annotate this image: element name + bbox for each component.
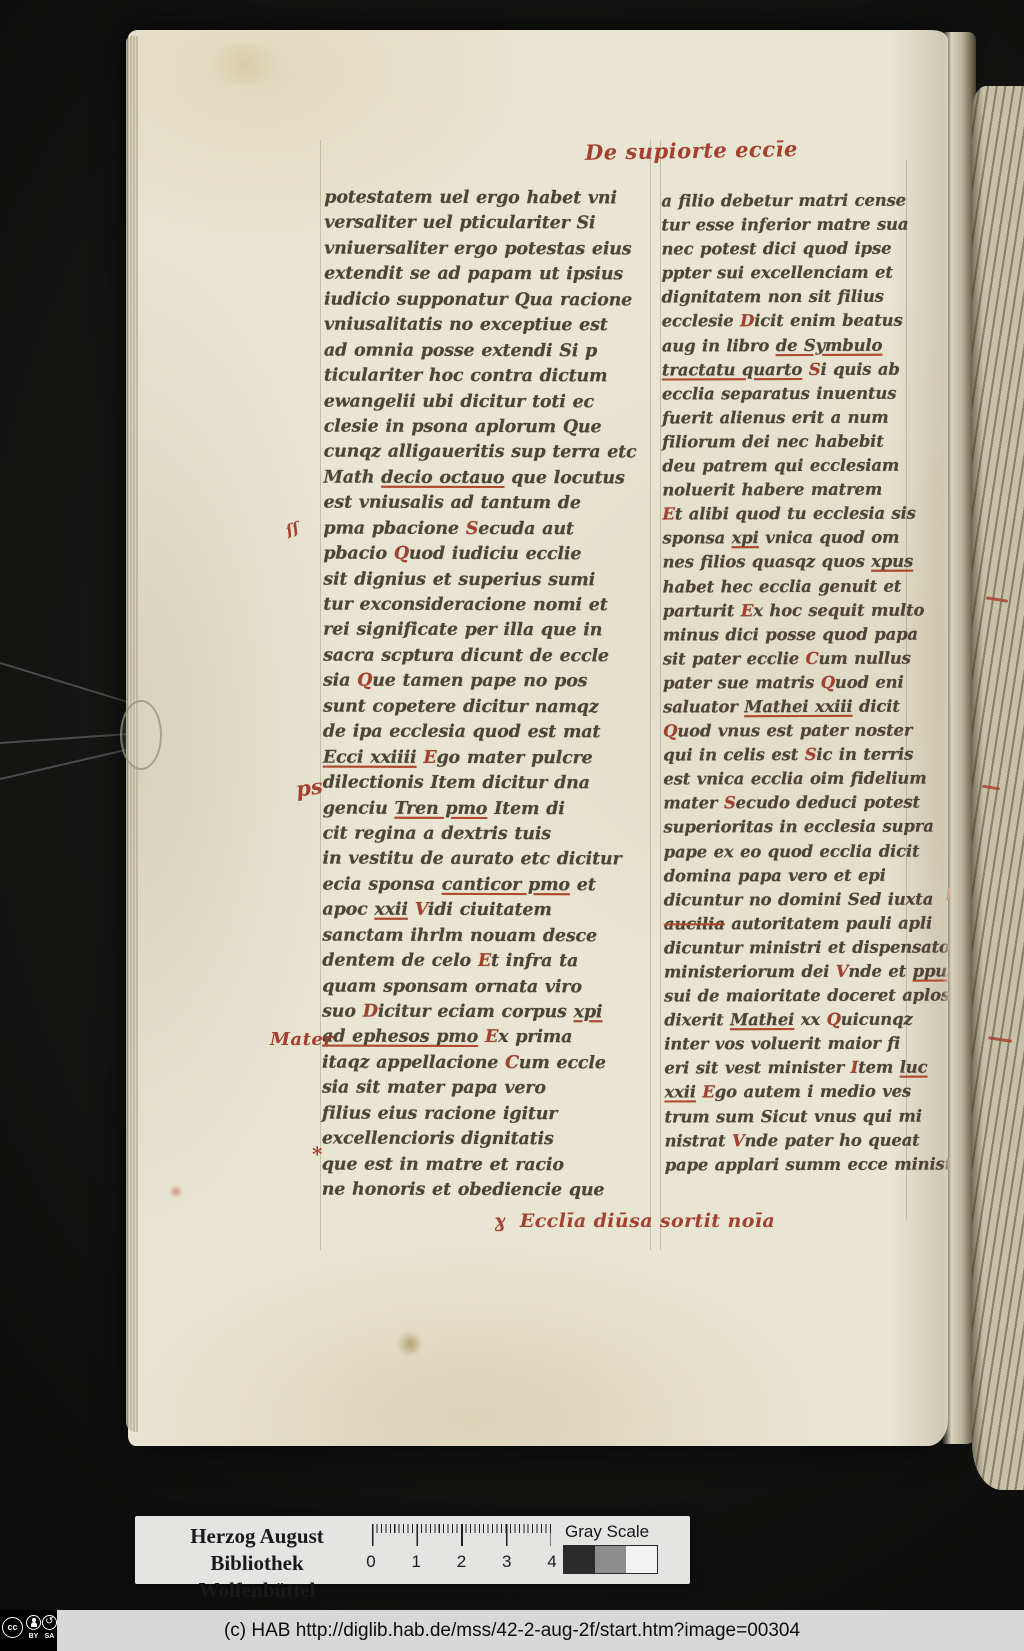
ruler-ticks (372, 1524, 551, 1546)
next-page-rubric-mark (986, 596, 1008, 602)
gray-scale-patches (563, 1545, 658, 1574)
bottom-rubric: ɣEcclīa diūsa sortit noīa (494, 1210, 775, 1232)
marginal-note-ps: ps (294, 773, 324, 801)
cc-by-person-icon (26, 1615, 41, 1630)
calibration-card: Herzog August Bibliothek Wolfenbüttel 0 … (135, 1516, 690, 1584)
photo-background: De supiorte eccīe potestatem uel ergo ha… (0, 0, 1024, 1610)
cradle-wire (0, 662, 142, 707)
rubric-text: Ecclīa diūsa sortit noīa (520, 1210, 775, 1232)
gray-scale-patch-dark (564, 1546, 595, 1573)
person-head (32, 1618, 36, 1622)
cc-sa-arrow-icon: ↺ (42, 1615, 57, 1630)
person-body (31, 1622, 38, 1627)
cc-sa-label: SA (42, 1633, 57, 1640)
stain (200, 44, 290, 84)
gray-scale-patch-mid (595, 1546, 626, 1573)
text-column-left: potestatem uel ergo habet vniversaliter … (322, 186, 655, 1204)
gray-scale-label: Gray Scale (565, 1522, 649, 1542)
text-column-right: a filio debetur matri censetur esse infe… (661, 189, 948, 1178)
page-fore-edge (942, 32, 976, 1444)
library-name-line2: Wolfenbüttel (147, 1577, 367, 1604)
license-panel: cc ↺ BY SA (0, 1610, 57, 1651)
library-name-line1: Herzog August Bibliothek (147, 1523, 367, 1577)
ruler-number: 0 (364, 1552, 378, 1572)
ruler-number: 2 (455, 1552, 469, 1572)
library-name: Herzog August Bibliothek Wolfenbüttel (147, 1523, 367, 1604)
next-page-rubric-mark (982, 785, 1000, 791)
footer-bar: (c) HAB http://diglib.hab.de/mss/42-2-au… (0, 1610, 1024, 1651)
ruler-numbers: 0 1 2 3 4 (364, 1552, 559, 1572)
gray-scale-patch-light (626, 1546, 657, 1573)
cc-by-label: BY (26, 1633, 41, 1640)
next-page-rubric-mark (988, 1036, 1012, 1043)
ruler-number: 1 (409, 1552, 423, 1572)
ruler-number: 3 (500, 1552, 514, 1572)
rubric-paragraph-mark: ɣ (494, 1210, 506, 1232)
next-page-edge (972, 86, 1024, 1490)
copyright-text: (c) HAB http://diglib.hab.de/mss/42-2-au… (0, 1610, 1024, 1651)
page-holder-clip (120, 700, 162, 770)
ruler-number: 4 (545, 1552, 559, 1572)
stain (396, 1332, 424, 1356)
column-ruling (320, 140, 321, 1250)
running-title: De supiorte eccīe (585, 136, 798, 165)
cc-icon: cc (2, 1617, 23, 1638)
marginal-note-star: * (312, 1142, 322, 1166)
marginal-note-mater: Mater (270, 1029, 333, 1050)
red-smudge (168, 1186, 184, 1197)
